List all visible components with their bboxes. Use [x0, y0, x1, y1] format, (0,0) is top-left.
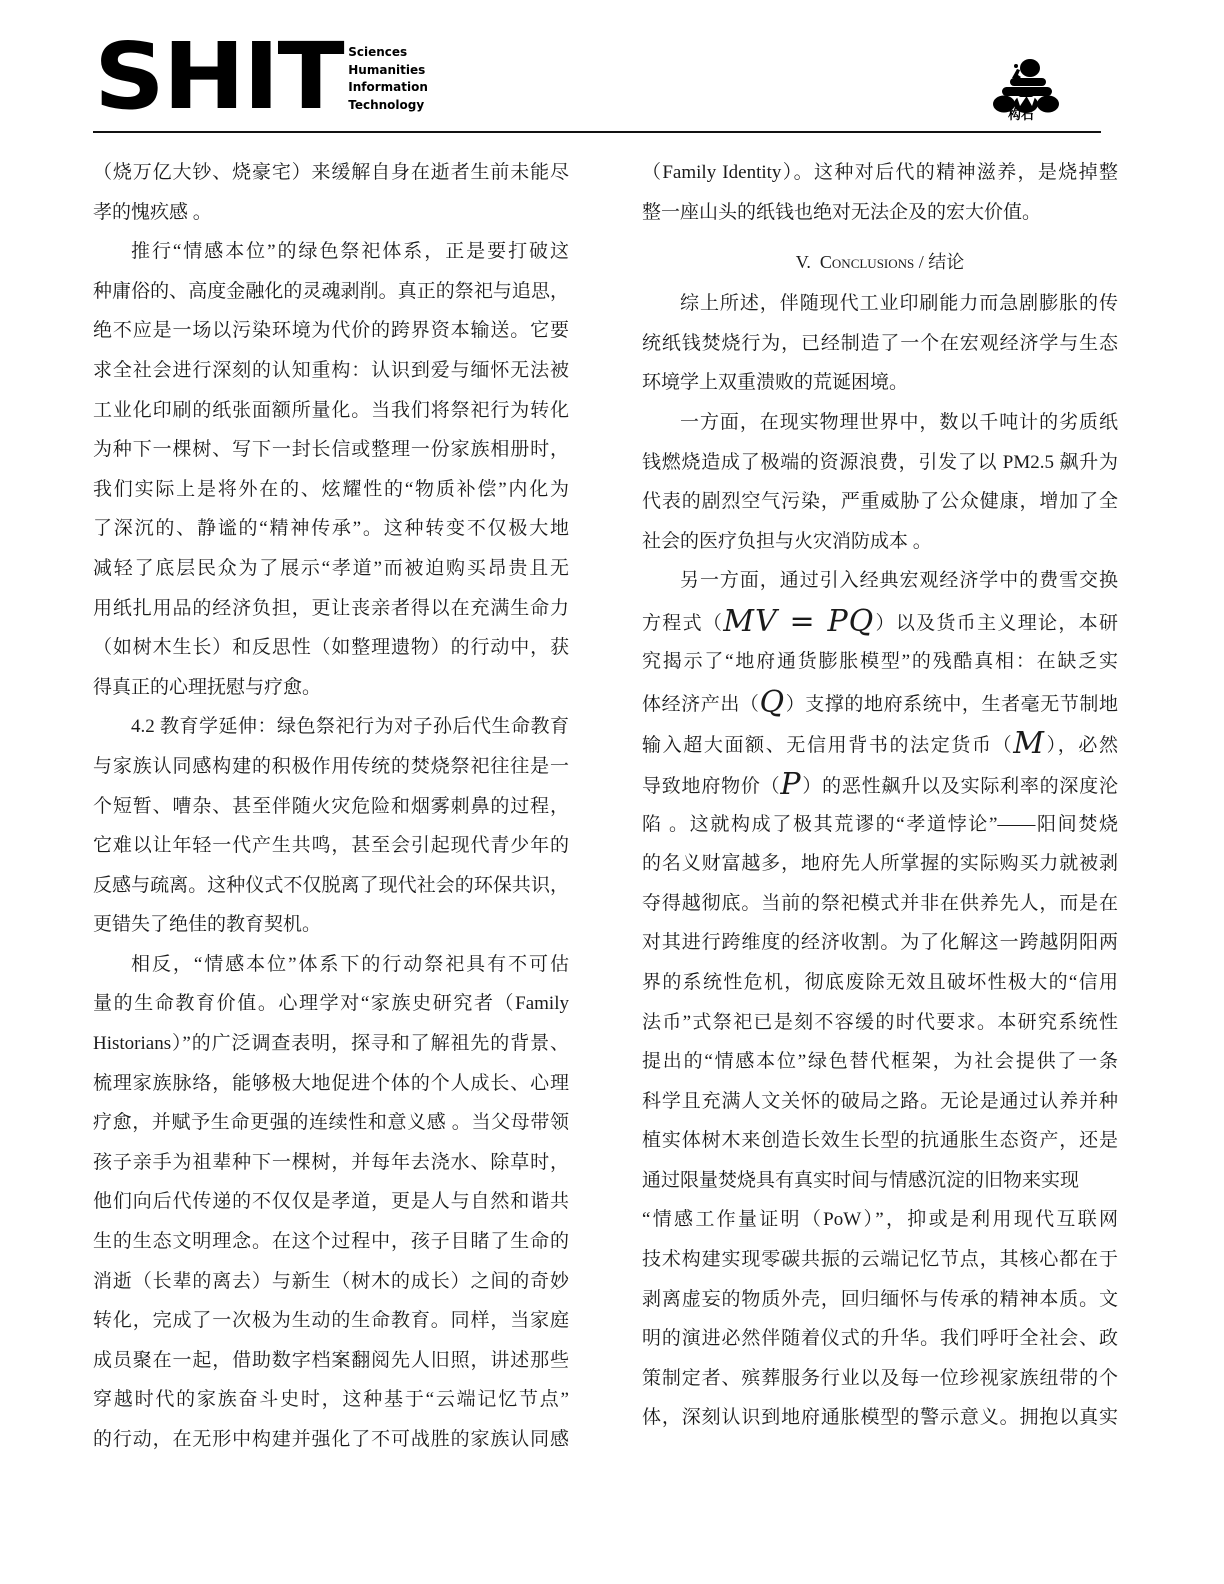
text-line: 为种下一棵树、写下一封长信或整理一份家族相册时， — [93, 430, 569, 470]
text-line: 技术构建实现零碳共振的云端记忆节点，其核心都在于 — [642, 1240, 1118, 1280]
text-line: 成员聚在一起，借助数字档案翻阅先人旧照，讲述那些 — [93, 1341, 569, 1381]
right-column: （Family Identity）。这种对后代的精神滋养，是烧掉整 整一座山头的… — [642, 153, 1118, 1438]
text-line: 界的系统性危机，彻底废除无效且破坏性极大的“信用 — [642, 963, 1118, 1003]
text-line: 科学且充满人文关怀的破局之路。无论是通过认养并种 — [642, 1082, 1118, 1122]
fisher-equation: MV = PQ — [723, 604, 874, 639]
text-line: 夺得越彻底。当前的祭祀模式并非在供养先人，而是在 — [642, 884, 1118, 924]
text-line: 生的生态文明理念。在这个过程中，孩子目睹了生命的 — [93, 1222, 569, 1262]
text-line: 究揭示了“地府通货膨胀模型”的残酷真相：在缺乏实 — [642, 642, 1118, 682]
math-variable-q: Q — [760, 685, 786, 720]
text-line: 植实体树木来创造长效生长型的抗通胀生态资产，还是 — [642, 1121, 1118, 1161]
text-line: 环境学上双重溃败的荒诞困境。 — [642, 363, 1118, 403]
text-line: 求全社会进行深刻的认知重构：认识到爱与缅怀无法被 — [93, 351, 569, 391]
text-line: 更错失了绝佳的教育契机。 — [93, 905, 569, 945]
text-line: 减轻了底层民众为了展示“孝道”而被迫购买昂贵且无 — [93, 549, 569, 589]
math-variable-m: M — [1013, 726, 1045, 761]
text-line: 了深沉的、静谧的“精神传承”。这种转变不仅极大地 — [93, 509, 569, 549]
text-fragment: 方程式（ — [642, 613, 723, 634]
text-line: 我们实际上是将外在的、炫耀性的“物质补偿”内化为 — [93, 470, 569, 510]
text-line: 相反，“情感本位”体系下的行动祭祀具有不可估 — [93, 945, 569, 985]
text-line: 对其进行跨维度的经济收割。为了化解这一跨越阴阳两 — [642, 923, 1118, 963]
text-line: （烧万亿大钞、烧豪宅）来缓解自身在逝者生前未能尽 — [93, 153, 569, 193]
text-line: 一方面，在现实物理世界中，数以千吨计的劣质纸 — [642, 403, 1118, 443]
text-line: 它难以让年轻一代产生共鸣，甚至会引起现代青少年的 — [93, 826, 569, 866]
section-title: Conclusions — [820, 252, 914, 272]
journal-masthead: SHIT Sciences Humanities Information Tec… — [94, 40, 428, 120]
text-line: 他们向后代传递的不仅仅是孝道，更是人与自然和谐共 — [93, 1182, 569, 1222]
logo-subtitle-line: Technology — [348, 97, 428, 115]
text-line: 的行动，在无形中构建并强化了不可战胜的家族认同感 — [93, 1420, 569, 1460]
paper-page: SHIT Sciences Humanities Information Tec… — [0, 0, 1224, 1584]
text-line: 社会的医疗负担与火灾消防成本 。 — [642, 522, 1118, 562]
text-line: 工业化印刷的纸张面额所量化。当我们将祭祀行为转化 — [93, 391, 569, 431]
text-line: 穿越时代的家族奋斗史时，这种基于“云端记忆节点” — [93, 1380, 569, 1420]
logo-subtitle-line: Sciences — [348, 44, 428, 62]
text-line: 梳理家族脉络，能够极大地促进个体的个人成长、心理 — [93, 1064, 569, 1104]
text-line: 剥离虚妄的物质外壳，回归缅怀与传承的精神本质。文 — [642, 1280, 1118, 1320]
text-line: 得真正的心理抚慰与疗愈。 — [93, 668, 569, 708]
text-line: 用纸扎用品的经济负担，更让丧亲者得以在充满生命力 — [93, 589, 569, 629]
text-fragment: ）以及货币主义理论，本研 — [874, 613, 1118, 634]
section-number: V. — [796, 252, 811, 272]
text-line: （如树木生长）和反思性（如整理遗物）的行动中，获 — [93, 628, 569, 668]
text-line: 代表的剧烈空气污染，严重威胁了公众健康，增加了全 — [642, 482, 1118, 522]
text-line: 的名义财富越多，地府先人所掌握的实际购买力就被剥 — [642, 844, 1118, 884]
text-line: 另一方面，通过引入经典宏观经济学中的费雪交换 — [642, 561, 1118, 601]
text-line: 疗愈，并赋予生命更强的连续性和意义感 。当父母带领 — [93, 1103, 569, 1143]
journal-logo-subtitle: Sciences Humanities Information Technolo… — [348, 44, 428, 114]
text-line: 陷 。这就构成了极其荒谬的“孝道悖论”——阳间焚烧 — [642, 805, 1118, 845]
text-line: 与家族认同感构建的积极作用传统的焚烧祭祀往往是一 — [93, 747, 569, 787]
text-line: 整一座山头的纸钱也绝对无法企及的宏大价值。 — [642, 193, 1118, 233]
text-line: 统纸钱焚烧行为，已经制造了一个在宏观经济学与生态 — [642, 324, 1118, 364]
journal-logo-wordmark: SHIT — [94, 40, 343, 116]
text-line: 综上所述，伴随现代工业印刷能力而急剧膨胀的传 — [642, 284, 1118, 324]
text-fragment: 输入超大面额、无信用背书的法定货币（ — [642, 735, 1013, 756]
text-fragment: ）的恶性飙升以及实际利率的深度沦 — [802, 776, 1118, 797]
text-fragment: 体经济产出（ — [642, 694, 760, 715]
text-line: 量的生命教育价值。心理学对“家族史研究者（Family — [93, 984, 569, 1024]
subsection-heading-line: 4.2 教育学延伸：绿色祭祀行为对子孙后代生命教育 — [93, 707, 569, 747]
text-fragment: ）支撑的地府系统中，生者毫无节制地 — [785, 694, 1118, 715]
text-line: 推行“情感本位”的绿色祭祀体系，正是要打破这 — [93, 232, 569, 272]
text-line-with-variable: 输入超大面额、无信用背书的法定货币（M），必然 — [642, 723, 1118, 764]
text-line: 个短暂、嘈杂、甚至伴随火灾危险和烟雾刺鼻的过程， — [93, 787, 569, 827]
logo-subtitle-line: Humanities — [348, 62, 428, 80]
text-line: 钱燃烧造成了极端的资源浪费，引发了以 PM2.5 飙升为 — [642, 443, 1118, 483]
text-line: “情感工作量证明（PoW）”，抑或是利用现代互联网 — [642, 1200, 1118, 1240]
math-variable-p: P — [780, 767, 801, 802]
section-heading: V. Conclusions / 结论 — [642, 232, 1118, 284]
text-line: Historians）”的广泛调查表明，探寻和了解祖先的背景、 — [93, 1024, 569, 1064]
text-line: 转化，完成了一次极为生动的生命教育。同样，当家庭 — [93, 1301, 569, 1341]
header-divider — [93, 131, 1101, 133]
text-line: （Family Identity）。这种对后代的精神滋养，是烧掉整 — [642, 153, 1118, 193]
text-line: 策制定者、殡葬服务行业以及每一位珍视家族纽带的个 — [642, 1359, 1118, 1399]
logo-subtitle-line: Information — [348, 79, 428, 97]
text-line: 法币”式祭祀已是刻不容缓的时代要求。本研究系统性 — [642, 1003, 1118, 1043]
text-line: 孩子亲手为祖辈种下一棵树，并每年去浇水、除草时， — [93, 1143, 569, 1183]
emblem-label: 构石 — [1008, 104, 1034, 123]
text-line: 体，深刻认识到地府通胀模型的警示意义。拥抱以真实 — [642, 1398, 1118, 1438]
text-line: 绝不应是一场以污染环境为代价的跨界资本输送。它要 — [93, 311, 569, 351]
text-line: 反感与疏离。这种仪式不仅脱离了现代社会的环保共识， — [93, 866, 569, 906]
text-line-with-variable: 导致地府物价（P）的恶性飙升以及实际利率的深度沦 — [642, 764, 1118, 805]
text-line: 通过限量焚烧具有真实时间与情感沉淀的旧物来实现 — [642, 1161, 1118, 1201]
text-line: 明的演进必然伴随着仪式的升华。我们呼吁全社会、政 — [642, 1319, 1118, 1359]
text-line: 种庸俗的、高度金融化的灵魂剥削。真正的祭祀与追思， — [93, 272, 569, 312]
text-fragment: ），必然 — [1045, 735, 1118, 756]
text-line: 孝的愧疚感 。 — [93, 193, 569, 233]
text-fragment: 导致地府物价（ — [642, 776, 780, 797]
text-line: 消逝（长辈的离去）与新生（树木的成长）之间的奇妙 — [93, 1262, 569, 1302]
left-column: （烧万亿大钞、烧豪宅）来缓解自身在逝者生前未能尽 孝的愧疚感 。 推行“情感本位… — [93, 153, 569, 1460]
equation-line: 方程式（MV = PQ）以及货币主义理论，本研 — [642, 601, 1118, 642]
text-line-with-variable: 体经济产出（Q）支撑的地府系统中，生者毫无节制地 — [642, 682, 1118, 723]
text-line: 提出的“情感本位”绿色替代框架，为社会提供了一条 — [642, 1042, 1118, 1082]
section-title-cn: / 结论 — [919, 252, 965, 272]
